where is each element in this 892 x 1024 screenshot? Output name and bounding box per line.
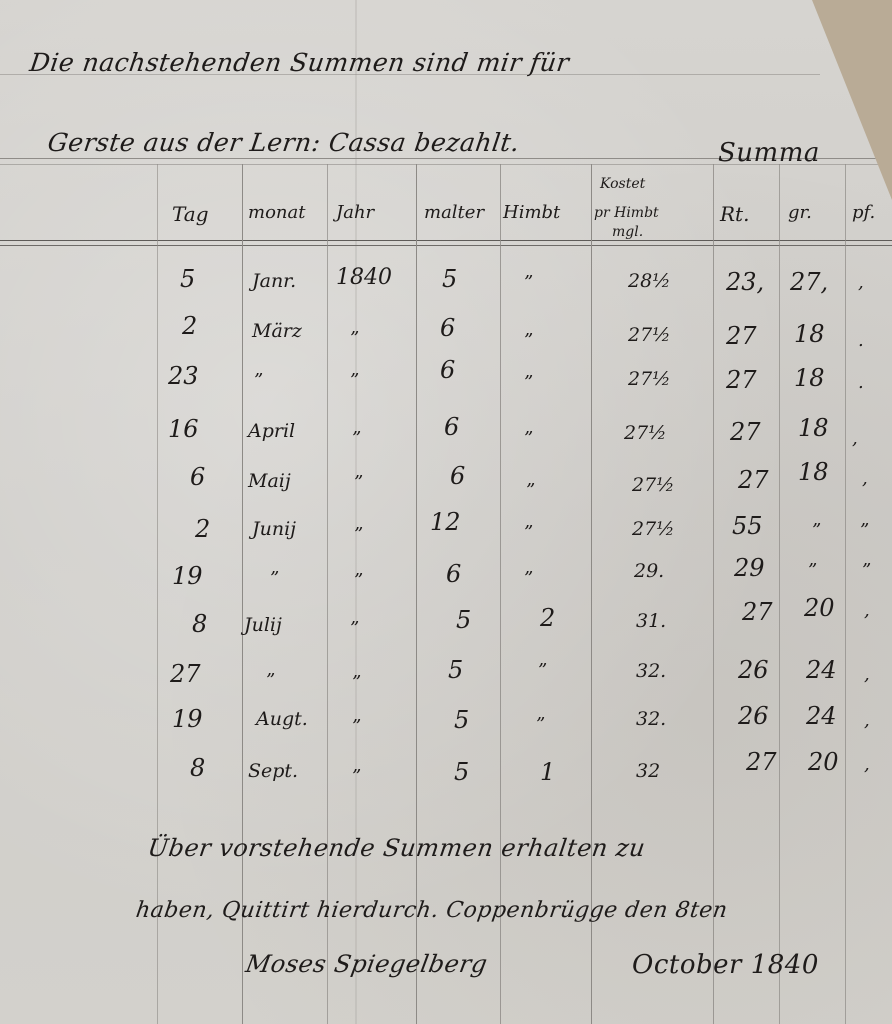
cell-tag: 8 xyxy=(190,754,205,782)
header-monat: monat xyxy=(248,202,305,223)
receipt-date: October 1840 xyxy=(632,950,819,980)
cell-gr: 18 xyxy=(794,320,825,348)
summa-label: Summa xyxy=(718,138,820,168)
cell-pf: ” xyxy=(860,520,869,541)
header-rule xyxy=(0,245,892,246)
cell-pf: . xyxy=(858,330,864,351)
cell-monat: ” xyxy=(270,568,279,589)
cell-gr: ” xyxy=(812,520,821,541)
cell-tag: 2 xyxy=(182,312,197,340)
cell-monat: Janr. xyxy=(252,270,296,292)
cell-gr: 18 xyxy=(798,414,829,442)
cell-tag: 27 xyxy=(170,660,201,688)
cell-kostet: 28½ xyxy=(628,270,671,292)
column-rule xyxy=(416,164,417,1024)
cell-kostet: 27½ xyxy=(632,518,675,540)
cell-himbt: ” xyxy=(538,660,547,681)
cell-pf: , xyxy=(862,468,868,489)
cell-tag: 2 xyxy=(195,515,210,543)
cell-jahr: ” xyxy=(352,766,361,787)
cell-monat: ” xyxy=(266,670,275,691)
cell-rt: 26 xyxy=(738,702,769,730)
cell-kostet: 27½ xyxy=(632,474,675,496)
cell-pf: , xyxy=(852,428,858,449)
cell-gr: 18 xyxy=(798,458,829,486)
cell-malter: 6 xyxy=(450,462,465,490)
cell-monat: März xyxy=(252,320,302,342)
cell-kostet: 27½ xyxy=(628,324,671,346)
cell-rt: 26 xyxy=(738,656,769,684)
cell-tag: 16 xyxy=(168,415,199,443)
cell-monat: ” xyxy=(254,370,263,391)
cell-rt: 55 xyxy=(732,512,763,540)
cell-rt: 27 xyxy=(726,366,757,394)
cell-rt: 27 xyxy=(738,466,769,494)
receipt-line-1: Über vorstehende Summen erhalten zu xyxy=(146,834,647,862)
header-pf: pf. xyxy=(852,202,875,223)
cell-himbt: ” xyxy=(524,568,533,589)
cell-pf: , xyxy=(864,664,870,685)
cell-pf: , xyxy=(864,710,870,731)
header-kostet: Kostet xyxy=(600,176,645,192)
cell-jahr: 1840 xyxy=(336,265,392,290)
column-rule xyxy=(500,164,501,1024)
cell-jahr: ” xyxy=(354,570,363,591)
cell-himbt: 2 xyxy=(540,604,555,632)
cell-himbt: ” xyxy=(524,522,533,543)
header-rt: Rt. xyxy=(720,202,749,226)
receipt-line-2: haben, Quittirt hierdurch. Coppenbrügge … xyxy=(134,898,729,923)
signature: Moses Spiegelberg xyxy=(244,950,490,978)
cell-malter: 5 xyxy=(442,265,457,293)
header-jahr: Jahr xyxy=(336,202,374,223)
column-rule xyxy=(779,164,780,1024)
cell-gr: ” xyxy=(808,560,817,581)
cell-himbt: ” xyxy=(524,272,533,293)
cell-rt: 27 xyxy=(746,748,777,776)
cell-malter: 6 xyxy=(444,413,459,441)
heading-line-1: Die nachstehenden Summen sind mir für xyxy=(28,48,571,77)
paper-sheet: Die nachstehenden Summen sind mir für Ge… xyxy=(0,0,892,1024)
cell-pf: ” xyxy=(862,560,871,581)
cell-monat: Maij xyxy=(248,470,291,492)
cell-kostet: 27½ xyxy=(624,422,667,444)
cell-gr: 20 xyxy=(804,594,835,622)
cell-gr: 20 xyxy=(808,748,839,776)
cell-rt: 27 xyxy=(730,418,761,446)
cell-pf: , xyxy=(864,754,870,775)
cell-kostet: 31. xyxy=(636,610,666,632)
cell-tag: 23 xyxy=(168,362,199,390)
header-kostet-unit: mgl. xyxy=(612,224,643,240)
cell-jahr: ” xyxy=(352,672,361,693)
cell-himbt: ” xyxy=(524,330,533,351)
cell-monat: Julij xyxy=(244,614,282,636)
cell-malter: 6 xyxy=(440,356,455,384)
column-rule xyxy=(157,164,158,1024)
cell-himbt: ” xyxy=(524,372,533,393)
header-gr: gr. xyxy=(788,202,812,223)
cell-malter: 5 xyxy=(454,758,469,786)
cell-jahr: ” xyxy=(352,428,361,449)
cell-himbt: 1 xyxy=(540,758,555,786)
cell-kostet: 27½ xyxy=(628,368,671,390)
cell-jahr: ” xyxy=(350,328,359,349)
cell-tag: 19 xyxy=(172,705,203,733)
cell-gr: 24 xyxy=(806,702,837,730)
cell-kostet: 32. xyxy=(636,660,666,682)
cell-tag: 8 xyxy=(192,610,207,638)
cell-rt: 29 xyxy=(734,554,765,582)
header-himbt: Himbt xyxy=(503,202,560,223)
cell-pf: , xyxy=(858,272,864,293)
column-rule xyxy=(327,164,328,1024)
cell-jahr: ” xyxy=(354,472,363,493)
column-rule xyxy=(713,164,714,1024)
cell-malter: 12 xyxy=(430,508,461,536)
cell-malter: 5 xyxy=(456,606,471,634)
cell-monat: April xyxy=(248,420,295,442)
cell-rt: 27 xyxy=(742,598,773,626)
cell-kostet: 32. xyxy=(636,708,666,730)
cell-kostet: 32 xyxy=(636,760,660,782)
heading-line-2: Gerste aus der Lern: Cassa bezahlt. xyxy=(46,128,522,157)
cell-malter: 5 xyxy=(448,656,463,684)
column-rule xyxy=(242,164,243,1024)
cell-malter: 6 xyxy=(446,560,461,588)
cell-kostet: 29. xyxy=(634,560,664,582)
cell-monat: Junij xyxy=(252,518,296,540)
cell-jahr: ” xyxy=(350,618,359,639)
header-tag: Tag xyxy=(172,202,209,226)
cell-tag: 6 xyxy=(190,463,205,491)
cell-gr: 18 xyxy=(794,364,825,392)
cell-monat: Sept. xyxy=(248,760,298,782)
header-malter: malter xyxy=(424,202,484,223)
cell-rt: 23, xyxy=(726,268,764,296)
header-rule xyxy=(0,240,892,241)
cell-himbt: ” xyxy=(526,480,535,501)
cell-pf: , xyxy=(864,600,870,621)
cell-jahr: ” xyxy=(350,370,359,391)
cell-himbt: ” xyxy=(536,714,545,735)
cell-tag: 5 xyxy=(180,265,195,293)
cell-tag: 19 xyxy=(172,562,203,590)
cell-gr: 27, xyxy=(790,268,828,296)
column-rule xyxy=(845,164,846,1024)
cell-gr: 24 xyxy=(806,656,837,684)
cell-monat: Augt. xyxy=(256,708,308,730)
cell-malter: 5 xyxy=(454,706,469,734)
cell-jahr: ” xyxy=(352,716,361,737)
cell-jahr: ” xyxy=(354,524,363,545)
cell-pf: . xyxy=(858,372,864,393)
cell-rt: 27 xyxy=(726,322,757,350)
header-kostet-per: pr Himbt xyxy=(594,205,659,221)
cell-himbt: ” xyxy=(524,428,533,449)
column-rule xyxy=(591,164,592,1024)
cell-malter: 6 xyxy=(440,314,455,342)
